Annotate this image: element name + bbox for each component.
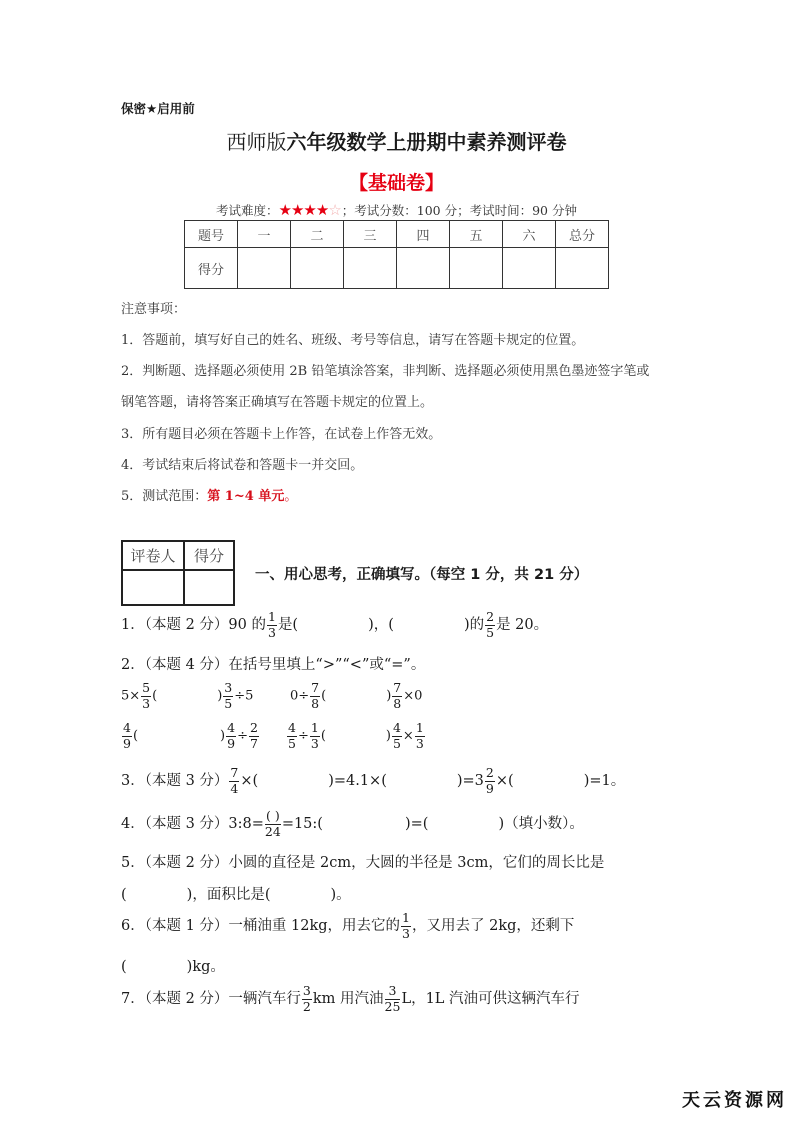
score-cell[interactable] (238, 248, 291, 289)
score-cell[interactable] (397, 248, 450, 289)
score-cell[interactable] (344, 248, 397, 289)
title-main: 六年级数学上册期中素养测评卷 (287, 130, 567, 154)
grader-cell[interactable] (184, 570, 234, 605)
answer-blank[interactable]: ( ) (265, 810, 281, 825)
question-5-line2: ()，面积比是()。 (121, 883, 351, 904)
grader-cell[interactable] (122, 570, 184, 605)
question-3: 3．（本题 3 分）74×()=4.1×()=329×()=1。 (121, 767, 625, 795)
difficulty-label: 考试难度： (216, 203, 279, 218)
score-header-cell: 五 (450, 221, 503, 248)
score-table-value-row: 得分 (185, 248, 609, 289)
star-empty-icon: ☆ (328, 201, 341, 219)
compare-item: 49()49÷27 (121, 722, 260, 750)
scope-prefix: 5．测试范围： (121, 489, 207, 504)
grader-header: 得分 (184, 541, 234, 570)
question-text: )，( (368, 617, 394, 633)
compare-item: 5×53()35÷5 (121, 682, 253, 710)
scope-value: 第 1~4 单元 (207, 489, 284, 504)
watermark-logo: 天云资源网 (682, 1086, 787, 1112)
score-header-cell: 题号 (185, 221, 238, 248)
question-text: 1．（本题 2 分）90 的 (121, 617, 266, 633)
score-cell[interactable] (291, 248, 344, 289)
score-header-cell: 总分 (556, 221, 609, 248)
note-item: 4．考试结束后将试卷和答题卡一并交回。 (121, 454, 363, 473)
score-cell[interactable] (556, 248, 609, 289)
page-subtitle: 【基础卷】 (0, 168, 793, 195)
section-title: 一、用心思考，正确填写。（每空 1 分，共 21 分） (255, 563, 588, 584)
score-header-cell: 四 (397, 221, 450, 248)
question-4: 4．（本题 3 分）3:8=( )24=15:()=()（填小数）。 (121, 810, 584, 838)
page-title: 西师版六年级数学上册期中素养测评卷 (0, 126, 793, 155)
score-header-cell: 一 (238, 221, 291, 248)
question-text: 是( (278, 617, 298, 633)
question-text: 是 20。 (496, 617, 548, 633)
confidential-label: 保密★启用前 (121, 99, 195, 117)
question-2: 2．（本题 4 分）在括号里填上“>”“<”或“=”。 (121, 653, 425, 674)
score-row-label: 得分 (185, 248, 238, 289)
question-1: 1．（本题 2 分）90 的13是()，()的25是 20。 (121, 611, 548, 639)
note-scope: 5．测试范围：第 1~4 单元。 (121, 485, 297, 504)
note-item: 钢笔答题，请将答案正确填写在答题卡规定的位置上。 (121, 391, 433, 410)
question-5: 5．（本题 2 分）小圆的直径是 2cm，大圆的半径是 3cm，它们的周长比是 (121, 851, 604, 872)
score-header-cell: 三 (344, 221, 397, 248)
score-cell[interactable] (450, 248, 503, 289)
compare-item: 0÷78()78×0 (290, 682, 422, 710)
scope-suffix: 。 (284, 489, 297, 504)
exam-meta-text: ；考试分数：100 分；考试时间：90 分钟 (342, 203, 577, 218)
score-table: 题号 一 二 三 四 五 六 总分 得分 (184, 220, 609, 289)
question-text: )的 (464, 617, 484, 633)
exam-meta: 考试难度：★★★★☆；考试分数：100 分；考试时间：90 分钟 (0, 201, 793, 219)
score-table-header-row: 题号 一 二 三 四 五 六 总分 (185, 221, 609, 248)
title-prefix: 西师版 (227, 130, 287, 154)
star-filled-icon: ★★★★ (279, 201, 329, 219)
note-item: 3．所有题目必须在答题卡上作答，在试卷上作答无效。 (121, 423, 441, 442)
note-item: 1．答题前，填写好自己的姓名、班级、考号等信息，请写在答题卡规定的位置。 (121, 329, 584, 348)
question-6-line2: ()kg。 (121, 955, 225, 976)
compare-item: 45÷13()45×13 (286, 722, 426, 750)
note-item: 2．判断题、选择题必须使用 2B 铅笔填涂答案，非判断、选择题必须使用黑色墨迹签… (121, 360, 649, 379)
grader-header: 评卷人 (122, 541, 184, 570)
grader-table: 评卷人 得分 (121, 540, 235, 606)
score-header-cell: 六 (503, 221, 556, 248)
notes-title: 注意事项： (121, 298, 186, 317)
fraction: 13 (267, 611, 277, 639)
question-6: 6．（本题 1 分）一桶油重 12kg，用去它的13，又用去了 2kg，还剩下 (121, 912, 574, 940)
score-cell[interactable] (503, 248, 556, 289)
fraction: 25 (485, 611, 495, 639)
score-header-cell: 二 (291, 221, 344, 248)
question-7: 7．（本题 2 分）一辆汽车行32km 用汽油325L，1L 汽油可供这辆汽车行 (121, 985, 580, 1013)
